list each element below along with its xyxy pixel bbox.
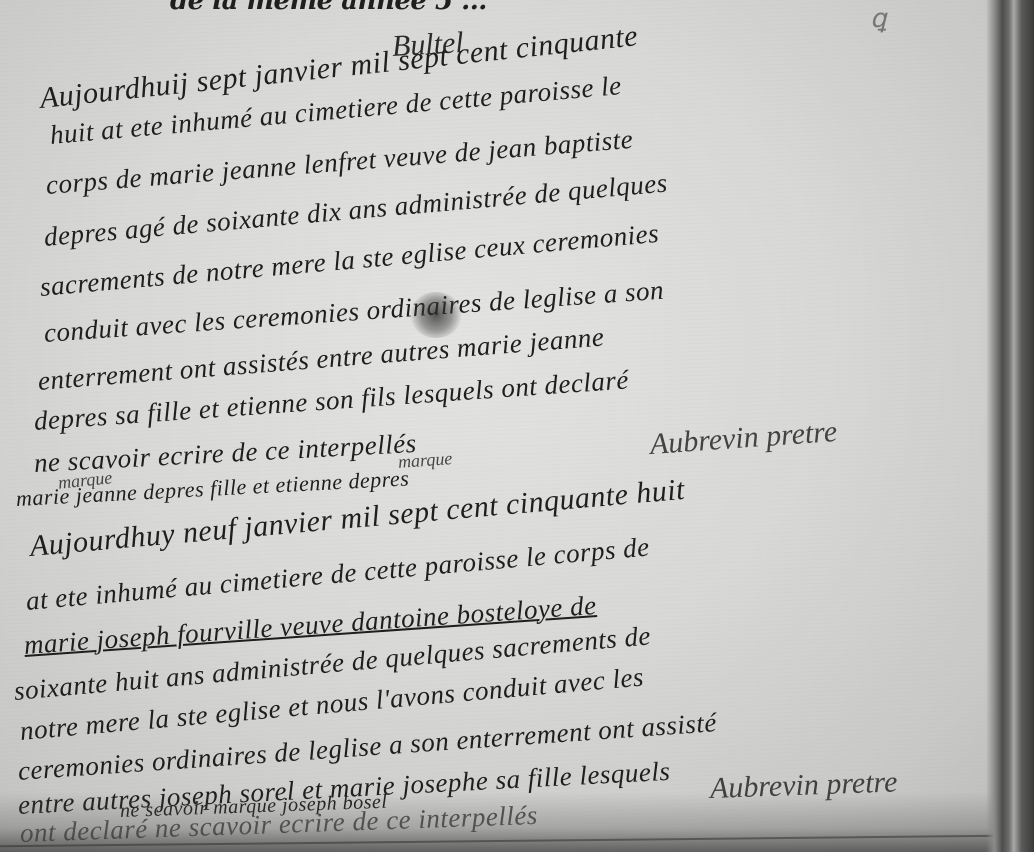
- ink-smudge: [410, 292, 462, 338]
- corner-monogram-icon: ꝗ: [870, 4, 887, 34]
- entry-1-signature: Aubrevin pretre: [649, 415, 838, 462]
- book-binding-edge: [986, 0, 1034, 852]
- printed-header: de la meme année 5 ...: [170, 0, 487, 16]
- register-page: de la meme année 5 ... Bultel ꝗ Aujourdh…: [0, 0, 1034, 852]
